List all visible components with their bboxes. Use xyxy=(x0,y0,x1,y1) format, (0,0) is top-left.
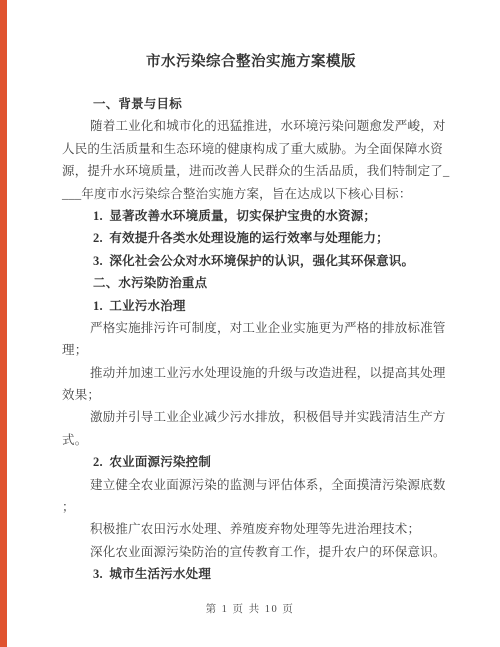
paragraph-line: 积极推广农田污水处理、养殖废弃物处理等先进治理技术； xyxy=(62,518,440,540)
document-title: 市水污染综合整治实施方案模版 xyxy=(62,52,440,72)
list-item: 3. 深化社会公众对水环境保护的认识，强化其环保意识。 xyxy=(62,250,440,272)
paragraph-line: 深化农业面源污染防治的宣传教育工作，提升农户的环保意识。 xyxy=(62,541,440,563)
page-number: 第 1 页 共 10 页 xyxy=(0,601,500,616)
list-item: 2. 有效提升各类水处理设施的运行效率与处理能力； xyxy=(62,227,440,249)
paragraph-line: 严格实施排污许可制度，对工业企业实施更为严格的排放标准管 xyxy=(62,317,440,339)
section-heading: 一、背景与目标 xyxy=(62,93,440,115)
paragraph-line: 式。 xyxy=(62,429,440,451)
paragraph-line: 建立健全农业面源污染的监测与评估体系，全面摸清污染源底数 xyxy=(62,474,440,496)
paragraph-line: 推动并加速工业污水处理设施的升级与改造进程，以提高其处理 xyxy=(62,362,440,384)
paragraph-line: 理； xyxy=(62,339,440,361)
document-body: 一、背景与目标随着工业化和城市化的迅猛推进，水环境污染问题愈发严峻，对人民的生活… xyxy=(62,93,440,586)
paragraph-line: ； xyxy=(62,496,440,518)
paragraph-line: 效果； xyxy=(62,384,440,406)
subsection-heading: 1. 工业污水治理 xyxy=(62,295,440,317)
list-item: 1. 显著改善水环境质量，切实保护宝贵的水资源； xyxy=(62,205,440,227)
paragraph-line: 人民的生活质量和生态环境的健康构成了重大威胁。为全面保障水资 xyxy=(62,138,440,160)
left-accent-bar xyxy=(0,0,7,647)
paragraph-line: ___年度市水污染综合整治实施方案，旨在达成以下核心目标： xyxy=(62,183,440,205)
paragraph-line: 随着工业化和城市化的迅猛推进，水环境污染问题愈发严峻，对 xyxy=(62,115,440,137)
paragraph-line: 激励并引导工业企业减少污水排放，积极倡导并实践清洁生产方 xyxy=(62,406,440,428)
subsection-heading: 2. 农业面源污染控制 xyxy=(62,451,440,473)
section-heading: 二、水污染防治重点 xyxy=(62,272,440,294)
document-page: 市水污染综合整治实施方案模版 一、背景与目标随着工业化和城市化的迅猛推进，水环境… xyxy=(62,0,440,586)
paragraph-line: 源，提升水环境质量，进而改善人民群众的生活品质，我们特制定了_ xyxy=(62,160,440,182)
subsection-heading: 3. 城市生活污水处理 xyxy=(62,563,440,585)
